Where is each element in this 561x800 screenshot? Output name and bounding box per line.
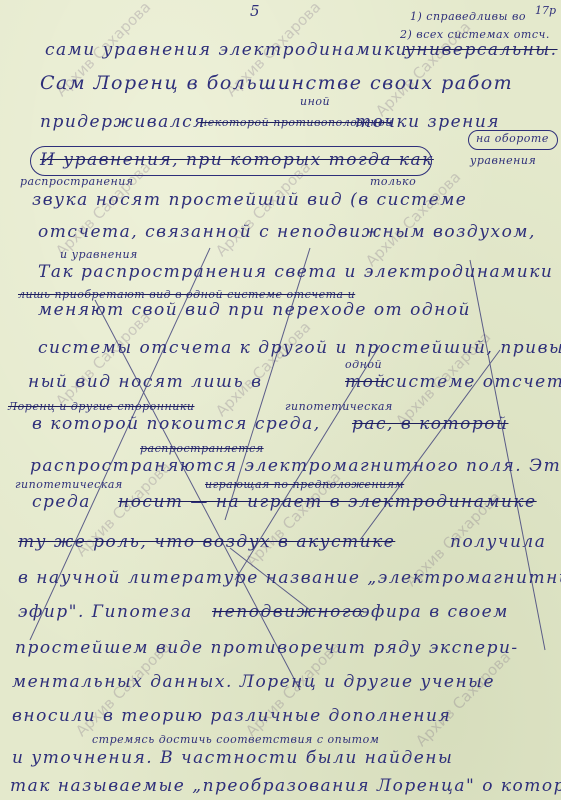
text-line: так называемые „преобразования Лоренца" …	[10, 776, 561, 796]
text-line: сами уравнения электродинамики	[45, 40, 408, 60]
struck-text: играющая по предположениям	[205, 478, 404, 491]
text-line: звука носят простейший вид (в системе	[32, 190, 467, 210]
text-line: распространяются электромагнитного поля.…	[30, 456, 561, 476]
insertion: уравнения	[470, 154, 536, 167]
struck-text: Лоренц и другие сторонники	[8, 400, 195, 413]
text-line: придерживался	[40, 112, 206, 132]
text-line: точки зрения	[355, 112, 500, 132]
insertion: и уравнения	[60, 248, 138, 261]
struck-text: распространяется	[140, 442, 264, 455]
insertion: гипотетическая	[285, 400, 393, 413]
text-line: системе отсчета,	[385, 372, 561, 392]
text-line: в научной литературе название „электрома…	[18, 568, 561, 588]
text-line: в которой покоится среда,	[32, 414, 321, 434]
struck-text: той	[345, 372, 387, 392]
margin-note: 1) справедливы во	[410, 10, 526, 23]
struck-text: ту же роль, что воздух в акустике	[18, 532, 395, 552]
text-line: получила	[450, 532, 546, 552]
text-line: отсчета, связанной с неподвижным воздухо…	[38, 222, 536, 242]
struck-text: универсальны.	[405, 40, 558, 60]
insertion: распространения	[20, 175, 134, 188]
text-line: эфира в своем	[360, 602, 509, 622]
insertion: стремясь достичь соответствия с опытом	[92, 733, 379, 746]
insertion: иной	[300, 95, 330, 108]
margin-note: на обороте	[476, 132, 549, 145]
struck-text: неподвижного	[212, 602, 364, 622]
text-line: простейшем виде противоречит ряду экспер…	[15, 638, 519, 658]
insertion: только	[370, 175, 416, 188]
text-line: ный вид носят лишь в	[28, 372, 263, 392]
struck-text: носит — на играет в электродинамике	[118, 492, 537, 512]
text-line: меняют свой вид при переходе от одной	[38, 300, 471, 320]
text-line: Сам Лоренц в большинстве своих работ	[40, 72, 513, 94]
insertion: одной	[345, 358, 382, 371]
archive-number: 17р	[535, 4, 556, 17]
text-line: системы отсчета к другой и простейший, п…	[38, 338, 561, 358]
text-line: эфир". Гипотеза	[18, 602, 193, 622]
insertion: гипотетическая	[15, 478, 123, 491]
page-number: 5	[250, 2, 260, 20]
text-line: и уточнения. В частности были найдены	[12, 748, 453, 768]
text-line: ментальных данных. Лоренц и другие учены…	[12, 672, 495, 692]
text-line: вносили в теорию различные дополнения	[12, 706, 451, 726]
struck-text: рас, в которой	[352, 414, 508, 434]
loop-cross-out	[30, 146, 432, 176]
text-line: среда	[32, 492, 91, 512]
text-line: Так распространения света и электродинам…	[38, 262, 553, 282]
